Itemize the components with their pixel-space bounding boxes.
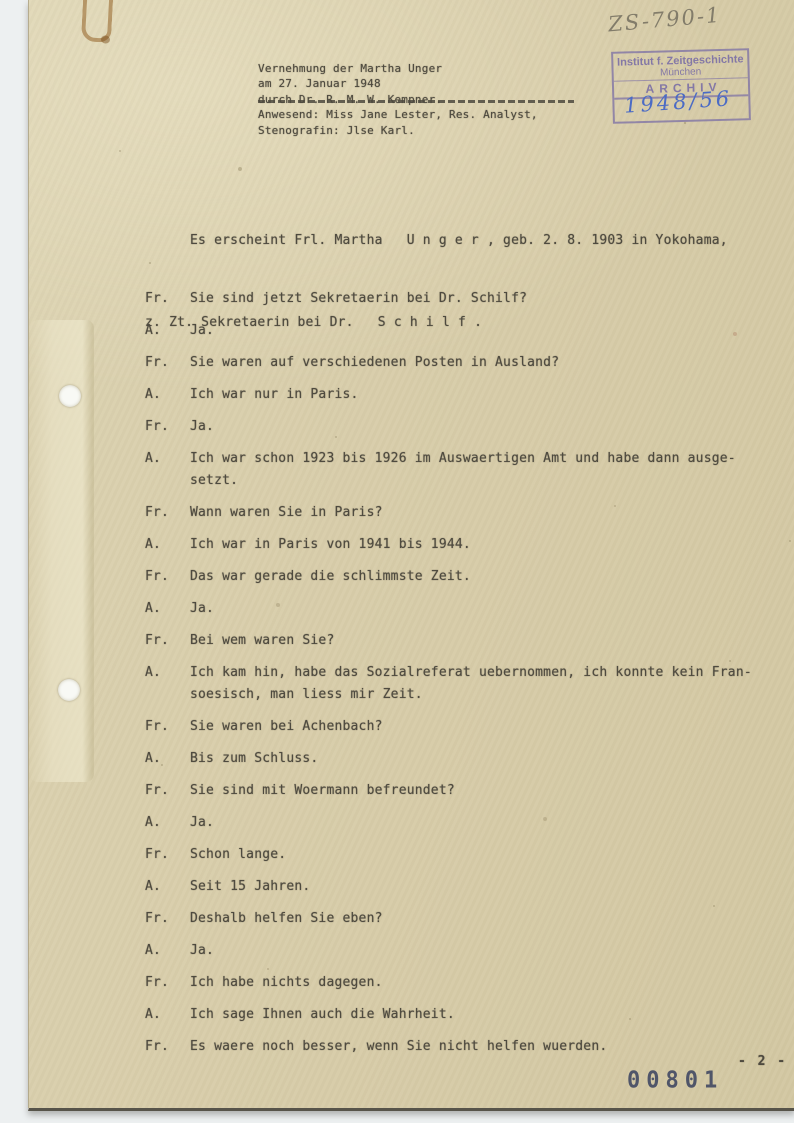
speaker-marker: A. <box>145 384 190 406</box>
speaker-marker: A. <box>145 876 190 898</box>
speaker-marker: A. <box>145 448 190 492</box>
dialog-row: Fr. Es waere noch besser, wenn Sie nicht… <box>145 1036 770 1058</box>
dialog-row: A. Ich war nur in Paris. <box>145 384 770 406</box>
interrogation-transcript: Fr. Sie sind jetzt Sekretaerin bei Dr. S… <box>145 288 770 1068</box>
dialog-text: Sie sind mit Woermann befreundet? <box>190 780 455 802</box>
speaker-marker: Fr. <box>145 566 190 588</box>
punch-hole-top <box>59 385 81 407</box>
dialog-text: Deshalb helfen Sie eben? <box>190 908 383 930</box>
header-line: Stenografin: Jlse Karl. <box>258 123 538 139</box>
header-line: Vernehmung der Martha Unger <box>258 61 538 77</box>
dialog-row: A. Ja. <box>145 812 770 834</box>
dialog-row: Fr. Wann waren Sie in Paris? <box>145 502 770 524</box>
dialog-row: Fr. Ja. <box>145 416 770 438</box>
dialog-text: Ja. <box>190 416 214 438</box>
dialog-row: Fr. Ich habe nichts dagegen. <box>145 972 770 994</box>
speaker-marker: Fr. <box>145 288 190 310</box>
speaker-marker: Fr. <box>145 844 190 866</box>
speaker-marker: A. <box>145 812 190 834</box>
dialog-text: Bei wem waren Sie? <box>190 630 334 652</box>
punch-hole-bottom <box>58 679 80 701</box>
dialog-row: A. Ja. <box>145 320 770 342</box>
dialog-text: Ja. <box>190 598 214 620</box>
dialog-text: Ich sage Ihnen auch die Wahrheit. <box>190 1004 455 1026</box>
dialog-text: Ich war schon 1923 bis 1926 im Auswaerti… <box>190 448 736 492</box>
speaker-marker: A. <box>145 598 190 620</box>
dialog-text: Ja. <box>190 940 214 962</box>
dialog-row: Fr. Sie waren auf verschiedenen Posten i… <box>145 352 770 374</box>
dialog-row: A. Ich war in Paris von 1941 bis 1944. <box>145 534 770 556</box>
paperclip-rust-mark <box>81 0 113 43</box>
dialog-row: A. Ich war schon 1923 bis 1926 im Auswae… <box>145 448 770 492</box>
dialog-row: Fr. Bei wem waren Sie? <box>145 630 770 652</box>
speaker-marker: A. <box>145 534 190 556</box>
dialog-row: A. Ich kam hin, habe das Sozialreferat u… <box>145 662 770 706</box>
speaker-marker: A. <box>145 940 190 962</box>
dialog-text: Sie waren auf verschiedenen Posten in Au… <box>190 352 559 374</box>
dialog-text: Ich habe nichts dagegen. <box>190 972 383 994</box>
header-line: am 27. Januar 1948 <box>258 76 538 92</box>
speaker-marker: Fr. <box>145 716 190 738</box>
intro-line-1: Es erscheint Frl. Martha U n g e r , geb… <box>145 230 728 252</box>
dialog-row: Fr. Sie sind mit Woermann befreundet? <box>145 780 770 802</box>
dialog-text: Ich kam hin, habe das Sozialreferat uebe… <box>190 662 752 706</box>
speaker-marker: Fr. <box>145 416 190 438</box>
dialog-row: A. Seit 15 Jahren. <box>145 876 770 898</box>
dialog-row: Fr. Sie sind jetzt Sekretaerin bei Dr. S… <box>145 288 770 310</box>
document-header: Vernehmung der Martha Ungeram 27. Januar… <box>258 14 538 138</box>
speaker-marker: Fr. <box>145 972 190 994</box>
dialog-text: Es waere noch besser, wenn Sie nicht hel… <box>190 1036 607 1058</box>
dialog-text: Seit 15 Jahren. <box>190 876 310 898</box>
dialog-row: Fr. Das war gerade die schlimmste Zeit. <box>145 566 770 588</box>
dialog-text: Ja. <box>190 320 214 342</box>
page-number: - 2 - <box>738 1054 787 1069</box>
speaker-marker: A. <box>145 320 190 342</box>
speaker-marker: Fr. <box>145 780 190 802</box>
dialog-row: A. Ich sage Ihnen auch die Wahrheit. <box>145 1004 770 1026</box>
dialog-row: A. Ja. <box>145 598 770 620</box>
dialog-text: Bis zum Schluss. <box>190 748 318 770</box>
dialog-text: Ja. <box>190 812 214 834</box>
dialog-row: A. Bis zum Schluss. <box>145 748 770 770</box>
speaker-marker: Fr. <box>145 630 190 652</box>
speaker-marker: Fr. <box>145 502 190 524</box>
dialog-text: Das war gerade die schlimmste Zeit. <box>190 566 471 588</box>
scanned-document-page: Vernehmung der Martha Ungeram 27. Januar… <box>0 0 794 1123</box>
dialog-text: Sie waren bei Achenbach? <box>190 716 383 738</box>
speaker-marker: A. <box>145 748 190 770</box>
dialog-row: A. Ja. <box>145 940 770 962</box>
speaker-marker: A. <box>145 662 190 706</box>
dialog-row: Fr. Deshalb helfen Sie eben? <box>145 908 770 930</box>
dialog-row: Fr. Schon lange. <box>145 844 770 866</box>
dialog-text: Sie sind jetzt Sekretaerin bei Dr. Schil… <box>190 288 527 310</box>
dialog-text: Wann waren Sie in Paris? <box>190 502 383 524</box>
header-line: Anwesend: Miss Jane Lester, Res. Analyst… <box>258 107 538 123</box>
speaker-marker: Fr. <box>145 908 190 930</box>
page-numbering-stamp: 00801 <box>627 1067 723 1094</box>
dialog-text: Schon lange. <box>190 844 286 866</box>
paper-specks <box>29 0 31 2</box>
speaker-marker: A. <box>145 1004 190 1026</box>
speaker-marker: Fr. <box>145 352 190 374</box>
header-separator-rule <box>258 100 574 103</box>
speaker-marker: Fr. <box>145 1036 190 1058</box>
dialog-text: Ich war in Paris von 1941 bis 1944. <box>190 534 471 556</box>
dialog-row: Fr. Sie waren bei Achenbach? <box>145 716 770 738</box>
dialog-text: Ich war nur in Paris. <box>190 384 359 406</box>
